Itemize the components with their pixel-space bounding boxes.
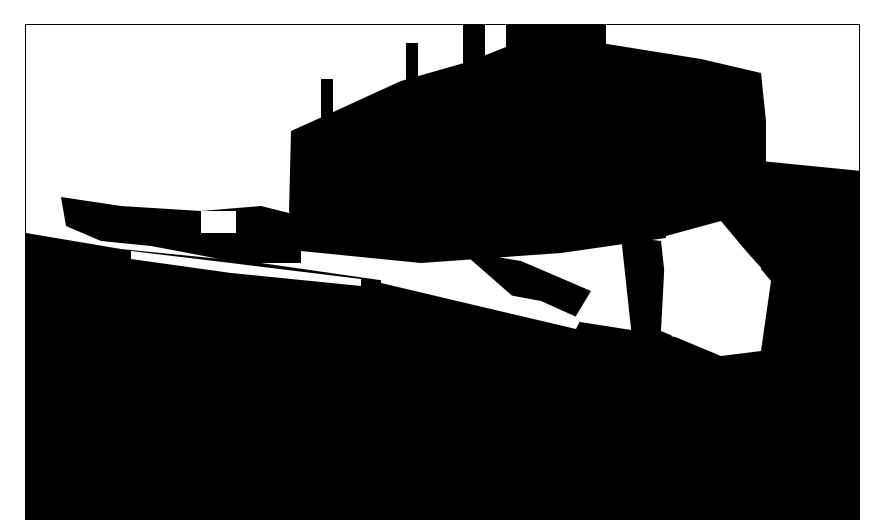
robot-photo	[26, 25, 860, 520]
post-1	[321, 79, 333, 139]
photo-frame: High-contrast black-and-white photograph…	[25, 24, 860, 520]
post-3	[506, 25, 606, 47]
mast	[463, 25, 485, 65]
arm-highlight	[201, 211, 236, 233]
post-2	[406, 43, 418, 93]
